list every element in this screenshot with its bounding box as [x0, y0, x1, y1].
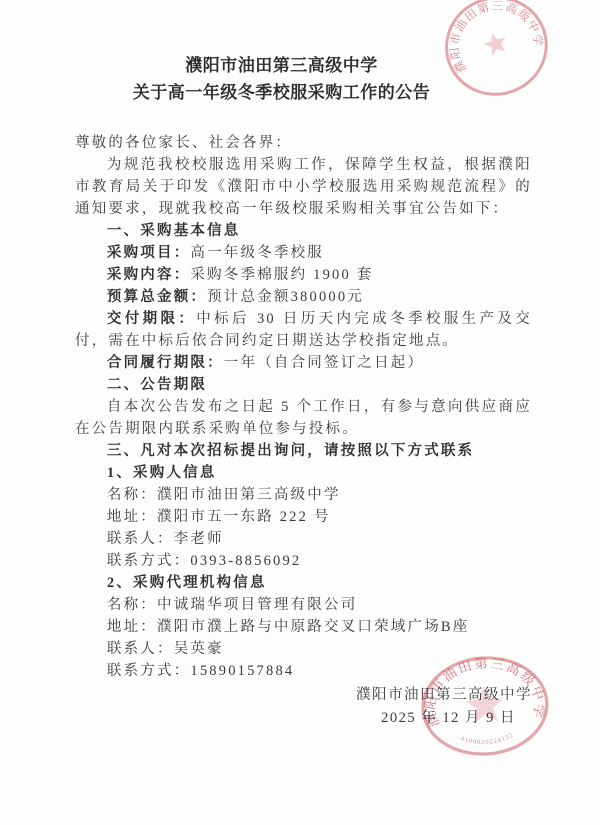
item-label: 采购内容： [107, 267, 191, 283]
doc-body: 尊敬的各位家长、社会各界： 为规范我校校服选用采购工作，保障学生权益，根据濮阳市… [75, 132, 532, 730]
item-purchase-content: 采购内容：采购冬季棉服约 1900 套 [75, 264, 532, 286]
item-label: 采购项目： [107, 245, 191, 261]
item-delivery-deadline: 交付期限：中标后 30 日历天内完成冬季校服生产及交付，需在中标后依合同约定日期… [75, 308, 532, 352]
salutation: 尊敬的各位家长、社会各界： [75, 132, 532, 154]
agency-info-heading: 2、采购代理机构信息 [75, 572, 532, 594]
intro-paragraph: 为规范我校校服选用采购工作，保障学生权益，根据濮阳市教育局关于印发《濮阳市中小学… [75, 154, 532, 220]
document-page: 濮阳市油田第三高级中学 濮阳市油田第三高级中学 关于高一年级冬季校服采购工作的公… [0, 0, 600, 825]
seal-code-text: 4109020224132 [459, 732, 515, 748]
buyer-phone-line: 联系方式：0393-8856092 [75, 550, 532, 572]
item-value: 预计总金额380000元 [207, 289, 364, 305]
item-contract-term: 合同履行期限：一年（自合同签订之日起） [75, 352, 532, 374]
section3-heading: 三、凡对本次招标提出询问，请按照以下方式联系 [75, 440, 532, 462]
signature-date: 2025 年 12 月 9 日 [75, 707, 532, 730]
signature-org: 濮阳市油田第三高级中学 [75, 684, 532, 707]
document-content: 濮阳市油田第三高级中学 关于高一年级冬季校服采购工作的公告 尊敬的各位家长、社会… [75, 52, 532, 730]
buyer-contact-line: 联系人：李老师 [75, 528, 532, 550]
section2-paragraph: 自本次公告发布之日起 5 个工作日，有参与意向供应商应在公告期限内联系采购单位参… [75, 396, 532, 440]
signature-block: 濮阳市油田第三高级中学 2025 年 12 月 9 日 [75, 684, 532, 730]
item-value: 采购冬季棉服约 1900 套 [190, 267, 373, 283]
item-label: 交付期限： [107, 311, 196, 327]
agency-phone-line: 联系方式：15890157884 [75, 660, 532, 682]
item-value: 一年（自合同签订之日起） [224, 355, 424, 371]
doc-title-line2: 关于高一年级冬季校服采购工作的公告 [53, 79, 510, 106]
doc-title: 濮阳市油田第三高级中学 关于高一年级冬季校服采购工作的公告 [53, 52, 510, 106]
item-label: 预算总金额： [107, 289, 207, 305]
item-label: 合同履行期限： [107, 355, 224, 371]
agency-address-line: 地址：濮阳市濮上路与中原路交叉口荣域广场B座 [75, 616, 532, 638]
agency-contact-line: 联系人：吴英豪 [75, 638, 532, 660]
doc-title-line1: 濮阳市油田第三高级中学 [53, 52, 510, 79]
item-value: 高一年级冬季校服 [190, 245, 324, 261]
section2-heading: 二、公告期限 [75, 374, 532, 396]
item-budget-total: 预算总金额：预计总金额380000元 [75, 286, 532, 308]
buyer-info-heading: 1、采购人信息 [75, 462, 532, 484]
agency-name-line: 名称：中诚瑞华项目管理有限公司 [75, 594, 532, 616]
item-purchase-project: 采购项目：高一年级冬季校服 [75, 242, 532, 264]
section1-heading: 一、采购基本信息 [75, 220, 532, 242]
buyer-name-line: 名称：濮阳市油田第三高级中学 [75, 484, 532, 506]
buyer-address-line: 地址：濮阳市五一东路 222 号 [75, 506, 532, 528]
